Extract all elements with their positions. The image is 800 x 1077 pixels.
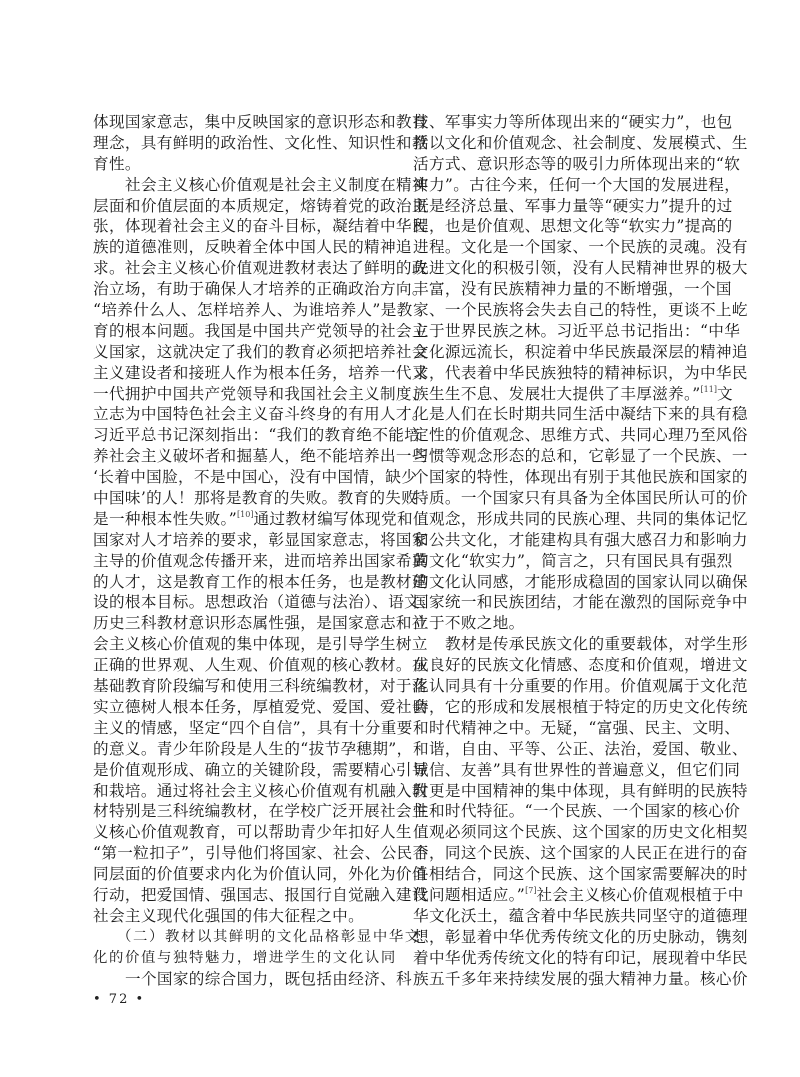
- line-text: 个国家的特性，体现出有别于其他民族和国家的: [413, 468, 748, 486]
- text-line: 立志为中国特色社会主义奋斗终身的有用人才。: [93, 404, 385, 425]
- line-text: 实立德树人根本任务，厚植爱党、爱国、爱社会: [93, 698, 428, 716]
- text-line: 历史三科教材意识形态属性强，是国家意志和社: [93, 613, 385, 634]
- document-page: 体现国家意志，集中反映国家的意识形态和教育理念，具有鲜明的政治性、文化性、知识性…: [0, 0, 800, 1077]
- line-text: 义核心价值观教育，可以帮助青少年扣好人生: [93, 823, 412, 841]
- text-line: 主导的价值观念传播开来，进而培养出国家希冀: [93, 551, 385, 572]
- line-text: 社会主义核心价值观是社会主义制度在精神: [125, 176, 428, 194]
- text-line: 是一种根本性失败。”[10]通过教材编写体现党和: [93, 509, 385, 530]
- line-text: 张，体现着社会主义的奋斗目标，凝结着中华民: [93, 217, 428, 235]
- text-line: 理念，具有鲜明的政治性、文化性、知识性和教: [93, 133, 385, 154]
- line-text: 的文化“软实力”，简言之，只有国民具有强烈: [413, 552, 733, 570]
- line-text: 和公共文化，才能建构具有强大感召力和影响力: [413, 531, 748, 549]
- line-text: 立于世界民族之林。习近平总书记指出：“中华: [413, 322, 740, 340]
- line-text: 社会主义现代化强国的伟大征程之中。: [93, 907, 364, 925]
- line-text: 一代拥护中国共产党领导和我国社会主义制度、: [93, 385, 428, 403]
- text-line: 值观必须同这个民族、这个国家的历史文化相契: [413, 822, 705, 843]
- line-text: 斗相结合，同这个民族、这个国家需要解决的时: [413, 865, 748, 883]
- right-column: 技、军事实力等所体现出来的“硬实力”，也包括以文化和价值观念、社会制度、发展模式…: [413, 112, 705, 989]
- text-line: “培养什么人、怎样培养人、为谁培养人”是教: [93, 300, 385, 321]
- line-text: 着中华优秀传统文化的特有印记，展现着中华民: [413, 949, 748, 967]
- text-line: 文化源远流长，积淀着中华民族最深层的精神追: [413, 342, 705, 363]
- text-line: 行动，把爱国情、强国志、报国行自觉融入建设: [93, 885, 385, 906]
- text-line: 想，彰显着中华优秀传统文化的历史脉动，镌刻: [413, 927, 705, 948]
- line-text: 括以文化和价值观念、社会制度、发展模式、生: [413, 134, 748, 152]
- line-text: 畴，它的形成和发展根植于特定的历史文化传统: [413, 698, 748, 716]
- text-line: 中国味’的人！那将是教育的失败。教育的失败: [93, 488, 385, 509]
- line-text: 诚信、友善”具有世界性的普遍意义，但它们同: [413, 761, 740, 779]
- line-text: 想，彰显着中华优秀传统文化的历史脉动，镌刻: [413, 928, 748, 946]
- text-line: 社会主义现代化强国的伟大征程之中。: [93, 906, 385, 927]
- line-text: 既是经济总量、军事力量等“硬实力”提升的过: [413, 197, 733, 215]
- text-line: 基础教育阶段编写和使用三科统编教材，对于落: [93, 676, 385, 697]
- text-line: 实立德树人根本任务，厚植爱党、爱国、爱社会: [93, 697, 385, 718]
- text-line: 和时代精神之中。无疑，“富强、民主、文明、: [413, 718, 705, 739]
- line-text: 族五千多年来持续发展的强大精神力量。核心价: [413, 970, 748, 988]
- text-line: 主义建设者和接班人作为根本任务，培养一代又: [93, 363, 385, 384]
- citation-marker: [10]: [237, 510, 253, 519]
- line-text: 的人才，这是教育工作的根本任务，也是教材建: [93, 573, 428, 591]
- text-line: 化是人们在长时期共同生活中凝结下来的具有稳: [413, 404, 705, 425]
- line-text: 和谐，自由、平等、公正、法治，爱国、敬业、: [413, 740, 748, 758]
- text-line: 一代拥护中国共产党领导和我国社会主义制度、: [93, 384, 385, 405]
- text-line: 材特别是三科统编教材，在学校广泛开展社会主: [93, 801, 385, 822]
- line-text: 行动，把爱国情、强国志、报国行自觉融入建设: [93, 886, 428, 904]
- text-line: 族生生不息、发展壮大提供了丰厚滋养。”[11]文: [413, 384, 705, 405]
- text-line: 丰富，没有民族精神力量的不断增强，一个国: [413, 279, 705, 300]
- text-line: 一个国家的综合国力，既包括由经济、科: [93, 969, 385, 990]
- line-text-continued: 文: [717, 385, 733, 403]
- line-text: 育的根本问题。我国是中国共产党领导的社会主: [93, 322, 428, 340]
- line-text: 程，也是价值观、思想文化等“软实力”提高的: [413, 217, 733, 235]
- text-line: 的文化“软实力”，简言之，只有国民具有强烈: [413, 551, 705, 572]
- text-line: 设的根本目标。思想政治（道德与法治）、语文、: [93, 592, 385, 613]
- line-text: 层面和价值层面的本质规定，熔铸着党的政治主: [93, 197, 428, 215]
- line-text: 家、一个民族将会失去自己的特性，更谈不上屹: [413, 301, 748, 319]
- text-line: 的文化认同感，才能形成稳固的国家认同以确保: [413, 572, 705, 593]
- text-line: 育性。: [93, 154, 385, 175]
- line-text: 和栽培。通过将社会主义核心价值观有机融入教: [93, 782, 428, 800]
- line-text: 成良好的民族文化情感、态度和价值观，增进文: [413, 656, 748, 674]
- text-line: 国家对人才培养的要求，彰显国家意志，将国家: [93, 530, 385, 551]
- text-line: 家、一个民族将会失去自己的特性，更谈不上屹: [413, 300, 705, 321]
- line-text: 教材是传承民族文化的重要载体，对学生形: [445, 635, 748, 653]
- line-text: 代问题相适应。”: [413, 886, 525, 904]
- text-line: 的意义。青少年阶段是人生的“拔节孕穗期”，: [93, 739, 385, 760]
- line-text: 实力”。古往今来，任何一个大国的发展进程，: [413, 176, 740, 194]
- line-text: 理念，具有鲜明的政治性、文化性、知识性和教: [93, 134, 428, 152]
- text-line: 立于不败之地。: [413, 613, 705, 634]
- line-text: 是价值观形成、确立的关键阶段，需要精心引导: [93, 761, 428, 779]
- line-text: 体现国家意志，集中反映国家的意识形态和教育: [93, 113, 428, 131]
- text-line: 立于世界民族之林。习近平总书记指出：“中华: [413, 321, 705, 342]
- citation-marker: [7]: [525, 886, 536, 895]
- text-line: 合，同这个民族、这个国家的人民正在进行的奋: [413, 843, 705, 864]
- text-line: 和谐，自由、平等、公正、法治，爱国、敬业、: [413, 739, 705, 760]
- line-text: 活方式、意识形态等的吸引力所体现出来的“软: [413, 155, 740, 173]
- text-line: “第一粒扣子”，引导他们将国家、社会、公民不: [93, 843, 385, 864]
- line-text: 定性的价值观念、思维方式、共同心理乃至风俗: [413, 426, 748, 444]
- line-text: 族的道德准则，反映着全体中国人民的精神追: [93, 238, 412, 256]
- text-line: 畴，它的形成和发展根植于特定的历史文化传统: [413, 697, 705, 718]
- text-line: 斗相结合，同这个民族、这个国家需要解决的时: [413, 864, 705, 885]
- text-line: 化认同具有十分重要的作用。价值观属于文化范: [413, 676, 705, 697]
- line-text: 合，同这个民族、这个国家的人民正在进行的奋: [413, 844, 748, 862]
- line-text: 国家统一和民族团结，才能在激烈的国际竞争中: [413, 593, 748, 611]
- text-line: 和公共文化，才能建构具有强大感召力和影响力: [413, 530, 705, 551]
- text-line: 先进文化的积极引领，没有人民精神世界的极大: [413, 258, 705, 279]
- line-text: 义国家，这就决定了我们的教育必须把培养社会: [93, 343, 428, 361]
- text-line: 特质。一个国家只有具备为全体国民所认可的价: [413, 488, 705, 509]
- text-line: 习惯等观念形态的总和，它彰显了一个民族、一: [413, 446, 705, 467]
- line-text: 治立场，有助于确保人才培养的正确政治方向。: [93, 280, 428, 298]
- line-text: 历史三科教材意识形态属性强，是国家意志和社: [93, 614, 428, 632]
- line-text: 丰富，没有民族精神力量的不断增强，一个国: [413, 280, 732, 298]
- text-line: 主义的情感，坚定“四个自信”，具有十分重要: [93, 718, 385, 739]
- text-line: 时更是中国精神的集中体现，具有鲜明的民族特: [413, 781, 705, 802]
- text-line: 族的道德准则，反映着全体中国人民的精神追: [93, 237, 385, 258]
- text-line: 求。社会主义核心价值观进教材表达了鲜明的政: [93, 258, 385, 279]
- text-line: 活方式、意识形态等的吸引力所体现出来的“软: [413, 154, 705, 175]
- line-text: 值观念，形成共同的民族心理、共同的集体记忆: [413, 510, 748, 528]
- line-text: 化的价值与独特魅力，增进学生的文化认同: [93, 950, 397, 966]
- line-text: 华文化沃土，蕴含着中华民族共同坚守的道德理: [413, 907, 748, 925]
- line-text: 时更是中国精神的集中体现，具有鲜明的民族特: [413, 782, 748, 800]
- text-line: 国家统一和民族团结，才能在激烈的国际竞争中: [413, 592, 705, 613]
- text-line: 性和时代特征。“一个民族、一个国家的核心价: [413, 801, 705, 822]
- line-text: 国家对人才培养的要求，彰显国家意志，将国家: [93, 531, 428, 549]
- line-text-continued: 社会主义核心价值观根植于中: [536, 886, 743, 904]
- text-line: 程，也是价值观、思想文化等“软实力”提高的: [413, 216, 705, 237]
- text-line: 层面和价值层面的本质规定，熔铸着党的政治主: [93, 196, 385, 217]
- line-text: 习惯等观念形态的总和，它彰显了一个民族、一: [413, 447, 748, 465]
- text-line: 求，代表着中华民族独特的精神标识，为中华民: [413, 363, 705, 384]
- text-line: 值观念，形成共同的民族心理、共同的集体记忆: [413, 509, 705, 530]
- line-text: 值观必须同这个民族、这个国家的历史文化相契: [413, 823, 748, 841]
- text-line: 同层面的价值要求内化为价值认同，外化为价值: [93, 864, 385, 885]
- text-line: 定性的价值观念、思维方式、共同心理乃至风俗: [413, 425, 705, 446]
- text-line: 代问题相适应。”[7]社会主义核心价值观根植于中: [413, 885, 705, 906]
- left-column: 体现国家意志，集中反映国家的意识形态和教育理念，具有鲜明的政治性、文化性、知识性…: [93, 112, 385, 989]
- line-text: 主义的情感，坚定“四个自信”，具有十分重要: [93, 719, 413, 737]
- line-text: 的意义。青少年阶段是人生的“拔节孕穗期”，: [93, 740, 413, 758]
- text-line: 习近平总书记深刻指出：“我们的教育绝不能培: [93, 425, 385, 446]
- line-text: 先进文化的积极引领，没有人民精神世界的极大: [413, 259, 748, 277]
- line-text: 习近平总书记深刻指出：“我们的教育绝不能培: [93, 426, 420, 444]
- line-text: 求。社会主义核心价值观进教材表达了鲜明的政: [93, 259, 428, 277]
- text-line: 治立场，有助于确保人才培养的正确政治方向。: [93, 279, 385, 300]
- text-line: 育的根本问题。我国是中国共产党领导的社会主: [93, 321, 385, 342]
- line-text: 立志为中国特色社会主义奋斗终身的有用人才。: [93, 405, 428, 423]
- text-line: 和栽培。通过将社会主义核心价值观有机融入教: [93, 781, 385, 802]
- line-text: （二）教材以其鲜明的文化品格彰显中华文: [117, 929, 421, 945]
- text-line: 既是经济总量、军事力量等“硬实力”提升的过: [413, 196, 705, 217]
- line-text: ‘长着中国脸，不是中国心，没有中国情，缺少: [93, 468, 417, 486]
- line-text: 族生生不息、发展壮大提供了丰厚滋养。”: [413, 385, 701, 403]
- text-line: 会主义核心价值观的集中体现，是引导学生树立: [93, 634, 385, 655]
- line-text: 同层面的价值要求内化为价值认同，外化为价值: [93, 865, 428, 883]
- text-line: 义核心价值观教育，可以帮助青少年扣好人生: [93, 822, 385, 843]
- line-text: 会主义核心价值观的集中体现，是引导学生树立: [93, 635, 428, 653]
- text-line: 华文化沃土，蕴含着中华民族共同坚守的道德理: [413, 906, 705, 927]
- section-heading-line: （二）教材以其鲜明的文化品格彰显中华文: [93, 927, 385, 948]
- text-line: 着中华优秀传统文化的特有印记，展现着中华民: [413, 948, 705, 969]
- text-line: 的人才，这是教育工作的根本任务，也是教材建: [93, 572, 385, 593]
- line-text-continued: 通过教材编写体现党和: [253, 510, 412, 528]
- line-text: “培养什么人、怎样培养人、为谁培养人”是教: [93, 301, 413, 319]
- line-text: 是一种根本性失败。”: [93, 510, 237, 528]
- text-line: ‘长着中国脸，不是中国心，没有中国情，缺少: [93, 467, 385, 488]
- line-text: 性和时代特征。“一个民族、一个国家的核心价: [413, 802, 740, 820]
- text-line: 诚信、友善”具有世界性的普遍意义，但它们同: [413, 760, 705, 781]
- line-text: 的文化认同感，才能形成稳固的国家认同以确保: [413, 573, 748, 591]
- text-line: 进程。文化是一个国家、一个民族的灵魂。没有: [413, 237, 705, 258]
- line-text: 主导的价值观念传播开来，进而培养出国家希冀: [93, 552, 428, 570]
- line-text: 材特别是三科统编教材，在学校广泛开展社会主: [93, 802, 428, 820]
- line-text: 技、军事实力等所体现出来的“硬实力”，也包: [413, 113, 733, 131]
- text-line: 技、军事实力等所体现出来的“硬实力”，也包: [413, 112, 705, 133]
- line-text: 正确的世界观、人生观、价值观的核心教材。在: [93, 656, 428, 674]
- line-text: 进程。文化是一个国家、一个民族的灵魂。没有: [413, 238, 748, 256]
- text-line: 族五千多年来持续发展的强大精神力量。核心价: [413, 969, 705, 990]
- section-heading-line: 化的价值与独特魅力，增进学生的文化认同: [93, 948, 385, 969]
- line-text: 一个国家的综合国力，既包括由经济、科: [125, 970, 412, 988]
- line-text: 特质。一个国家只有具备为全体国民所认可的价: [413, 489, 748, 507]
- page-number: • 72 •: [93, 992, 145, 1007]
- line-text: 化认同具有十分重要的作用。价值观属于文化范: [413, 677, 748, 695]
- line-text: 立于不败之地。: [413, 614, 525, 632]
- line-text: “第一粒扣子”，引导他们将国家、社会、公民不: [93, 844, 429, 862]
- line-text: 育性。: [93, 155, 141, 173]
- line-text: 化是人们在长时期共同生活中凝结下来的具有稳: [413, 405, 748, 423]
- text-line: 养社会主义破坏者和掘墓人，绝不能培养出一些: [93, 446, 385, 467]
- text-line: 是价值观形成、确立的关键阶段，需要精心引导: [93, 760, 385, 781]
- text-line: 正确的世界观、人生观、价值观的核心教材。在: [93, 655, 385, 676]
- text-line: 社会主义核心价值观是社会主义制度在精神: [93, 175, 385, 196]
- text-line: 成良好的民族文化情感、态度和价值观，增进文: [413, 655, 705, 676]
- line-text: 养社会主义破坏者和掘墓人，绝不能培养出一些: [93, 447, 428, 465]
- text-line: 教材是传承民族文化的重要载体，对学生形: [413, 634, 705, 655]
- line-text: 文化源远流长，积淀着中华民族最深层的精神追: [413, 343, 748, 361]
- line-text: 主义建设者和接班人作为根本任务，培养一代又: [93, 364, 428, 382]
- line-text: 中国味’的人！那将是教育的失败。教育的失败: [93, 489, 417, 507]
- text-line: 实力”。古往今来，任何一个大国的发展进程，: [413, 175, 705, 196]
- line-text: 设的根本目标。思想政治（道德与法治）、语文、: [93, 593, 436, 611]
- line-text: 基础教育阶段编写和使用三科统编教材，对于落: [93, 677, 428, 695]
- text-line: 括以文化和价值观念、社会制度、发展模式、生: [413, 133, 705, 154]
- citation-marker: [11]: [701, 385, 717, 394]
- line-text: 和时代精神之中。无疑，“富强、民主、文明、: [413, 719, 740, 737]
- line-text: 求，代表着中华民族独特的精神标识，为中华民: [413, 364, 748, 382]
- text-line: 体现国家意志，集中反映国家的意识形态和教育: [93, 112, 385, 133]
- text-line: 张，体现着社会主义的奋斗目标，凝结着中华民: [93, 216, 385, 237]
- text-line: 个国家的特性，体现出有别于其他民族和国家的: [413, 467, 705, 488]
- text-line: 义国家，这就决定了我们的教育必须把培养社会: [93, 342, 385, 363]
